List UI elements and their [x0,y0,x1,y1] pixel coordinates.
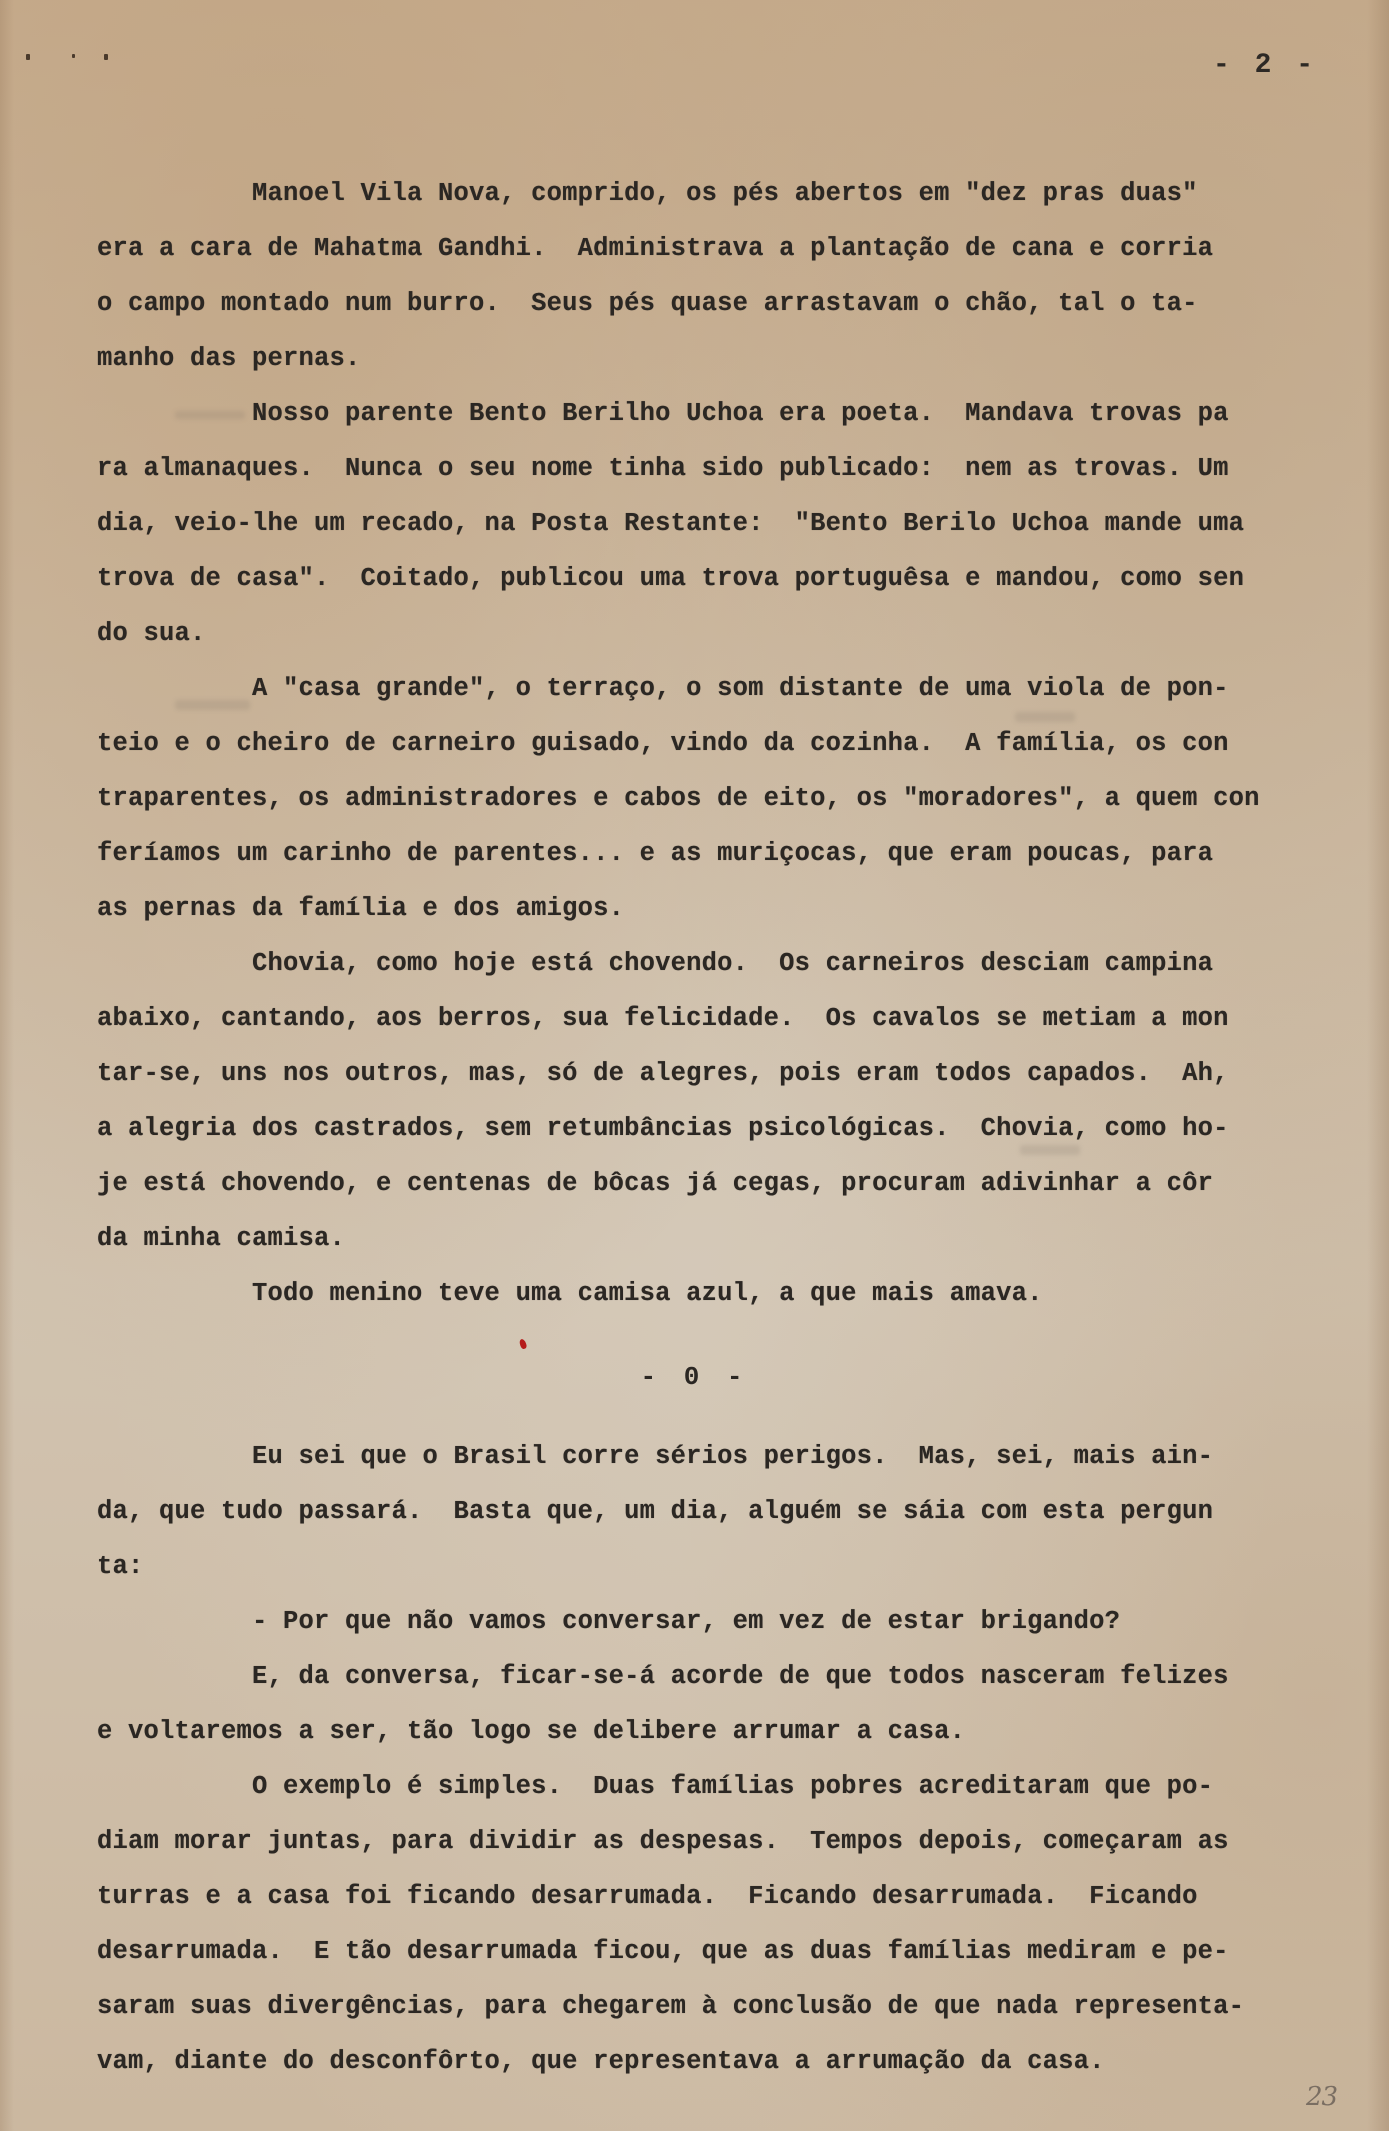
text-line: a alegria dos castrados, sem retumbância… [97,1101,1347,1156]
text-line: trova de casa". Coitado, publicou uma tr… [97,551,1347,606]
text-line: E, da conversa, ficar-se-á acorde de que… [97,1649,1347,1704]
page-number: - 2 - [1213,50,1317,81]
text-line: do sua. [97,606,1347,661]
text-line: turras e a casa foi ficando desarrumada.… [97,1869,1347,1924]
text-line: e voltaremos a ser, tão logo se delibere… [97,1704,1347,1759]
text-line: ra almanaques. Nunca o seu nome tinha si… [97,441,1347,496]
text-line: je está chovendo, e centenas de bôcas já… [97,1156,1347,1211]
text-line: Chovia, como hoje está chovendo. Os carn… [97,936,1347,991]
staple-mark [26,54,110,60]
text-line: as pernas da família e dos amigos. [97,881,1347,936]
section-separator: - 0 - [0,1362,1389,1392]
text-line: O exemplo é simples. Duas famílias pobre… [97,1759,1347,1814]
text-line: Eu sei que o Brasil corre sérios perigos… [97,1429,1347,1484]
text-line: teio e o cheiro de carneiro guisado, vin… [97,716,1347,771]
paper-edge-right [1367,0,1389,2131]
text-line: da, que tudo passará. Basta que, um dia,… [97,1484,1347,1539]
text-line: desarrumada. E tão desarrumada ficou, qu… [97,1924,1347,1979]
text-line: - Por que não vamos conversar, em vez de… [97,1594,1347,1649]
text-line: Todo menino teve uma camisa azul, a que … [97,1266,1347,1321]
text-line: da minha camisa. [97,1211,1347,1266]
text-line: o campo montado num burro. Seus pés quas… [97,276,1347,331]
red-ink-mark [518,1338,527,1349]
text-line: abaixo, cantando, aos berros, sua felici… [97,991,1347,1046]
text-line: Nosso parente Bento Berilho Uchoa era po… [97,386,1347,441]
paper-edge-left [0,0,14,2131]
text-line: Manoel Vila Nova, comprido, os pés abert… [97,166,1347,221]
text-line: traparentes, os administradores e cabos … [97,771,1347,826]
text-line: dia, veio-lhe um recado, na Posta Restan… [97,496,1347,551]
text-line: saram suas divergências, para chegarem à… [97,1979,1347,2034]
text-line: ta: [97,1539,1347,1594]
text-line: era a cara de Mahatma Gandhi. Administra… [97,221,1347,276]
text-line: A "casa grande", o terraço, o som distan… [97,661,1347,716]
text-line: manho das pernas. [97,331,1347,386]
text-line: diam morar juntas, para dividir as despe… [97,1814,1347,1869]
text-line: feríamos um carinho de parentes... e as … [97,826,1347,881]
section-1-paragraphs: Manoel Vila Nova, comprido, os pés abert… [97,166,1347,1321]
text-line: tar-se, uns nos outros, mas, só de alegr… [97,1046,1347,1101]
section-2-paragraphs: Eu sei que o Brasil corre sérios perigos… [97,1429,1347,2089]
text-line: vam, diante do desconfôrto, que represen… [97,2034,1347,2089]
handwritten-folio-number: 23 [1306,2082,1337,2112]
